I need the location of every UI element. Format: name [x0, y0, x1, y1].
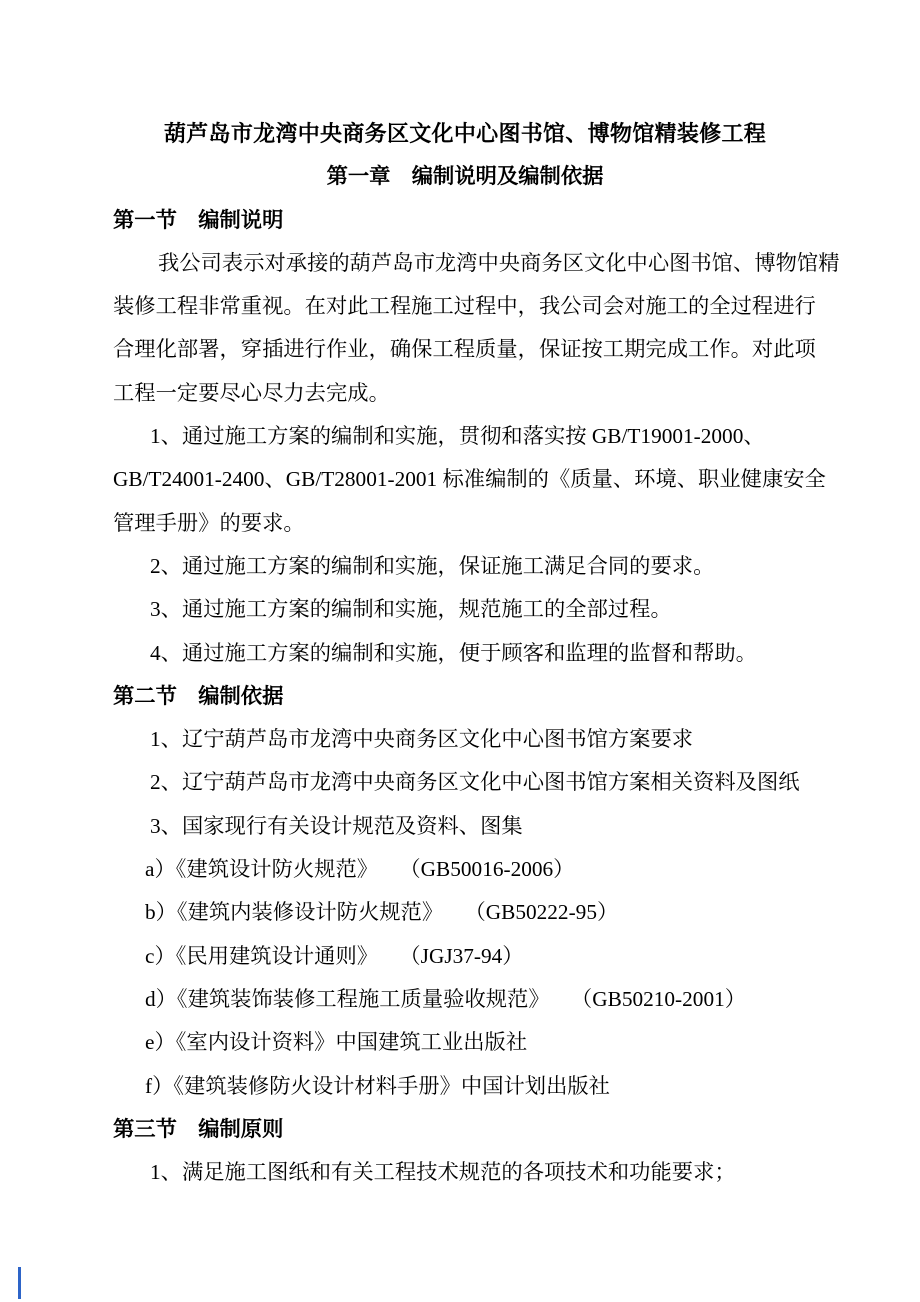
reference-item-line: e）《室内设计资料》中国建筑工业出版社	[113, 1021, 817, 1064]
list-item-line: 3、通过施工方案的编制和实施，规范施工的全部过程。	[113, 588, 817, 631]
section-2-heading: 第二节 编制依据	[113, 675, 817, 718]
document-content: 葫芦岛市龙湾中央商务区文化中心图书馆、博物馆精装修工程 第一章 编制说明及编制依…	[113, 112, 817, 1194]
reference-item-line: c）《民用建筑设计通则》 （JGJ37-94）	[113, 935, 817, 978]
paragraph-line: 工程一定要尽心尽力去完成。	[113, 372, 817, 415]
section-1-heading: 第一节 编制说明	[113, 199, 817, 242]
paragraph-line: 装修工程非常重视。在对此工程施工过程中，我公司会对施工的全过程进行	[113, 285, 817, 328]
list-item-line: 1、通过施工方案的编制和实施，贯彻和落实按 GB/T19001-2000、	[113, 415, 817, 458]
list-item-line: 管理手册》的要求。	[113, 502, 817, 545]
chapter-heading: 第一章 编制说明及编制依据	[113, 155, 817, 198]
reference-item-line: f）《建筑装修防火设计材料手册》中国计划出版社	[113, 1065, 817, 1108]
list-item-line: 2、辽宁葫芦岛市龙湾中央商务区文化中心图书馆方案相关资料及图纸	[113, 761, 817, 804]
text-cursor	[18, 1267, 21, 1299]
list-item-line: 1、满足施工图纸和有关工程技术规范的各项技术和功能要求；	[113, 1151, 817, 1194]
list-item-line: 1、辽宁葫芦岛市龙湾中央商务区文化中心图书馆方案要求	[113, 718, 817, 761]
section-3-heading: 第三节 编制原则	[113, 1108, 817, 1151]
paragraph-line: 合理化部署，穿插进行作业，确保工程质量，保证按工期完成工作。对此项	[113, 328, 817, 371]
list-item-line: 2、通过施工方案的编制和实施，保证施工满足合同的要求。	[113, 545, 817, 588]
reference-item-line: a）《建筑设计防火规范》 （GB50016-2006）	[113, 848, 817, 891]
reference-item-line: b）《建筑内装修设计防火规范》 （GB50222-95）	[113, 891, 817, 934]
list-item-line: GB/T24001-2400、GB/T28001-2001 标准编制的《质量、环…	[113, 458, 817, 501]
list-item-line: 3、国家现行有关设计规范及资料、图集	[113, 805, 817, 848]
document-page[interactable]: 葫芦岛市龙湾中央商务区文化中心图书馆、博物馆精装修工程 第一章 编制说明及编制依…	[0, 0, 920, 1302]
reference-item-line: d）《建筑装饰装修工程施工质量验收规范》 （GB50210-2001）	[113, 978, 817, 1021]
doc-title: 葫芦岛市龙湾中央商务区文化中心图书馆、博物馆精装修工程	[113, 112, 817, 155]
list-item-line: 4、通过施工方案的编制和实施，便于顾客和监理的监督和帮助。	[113, 632, 817, 675]
paragraph-line: 我公司表示对承接的葫芦岛市龙湾中央商务区文化中心图书馆、博物馆精	[113, 242, 817, 285]
